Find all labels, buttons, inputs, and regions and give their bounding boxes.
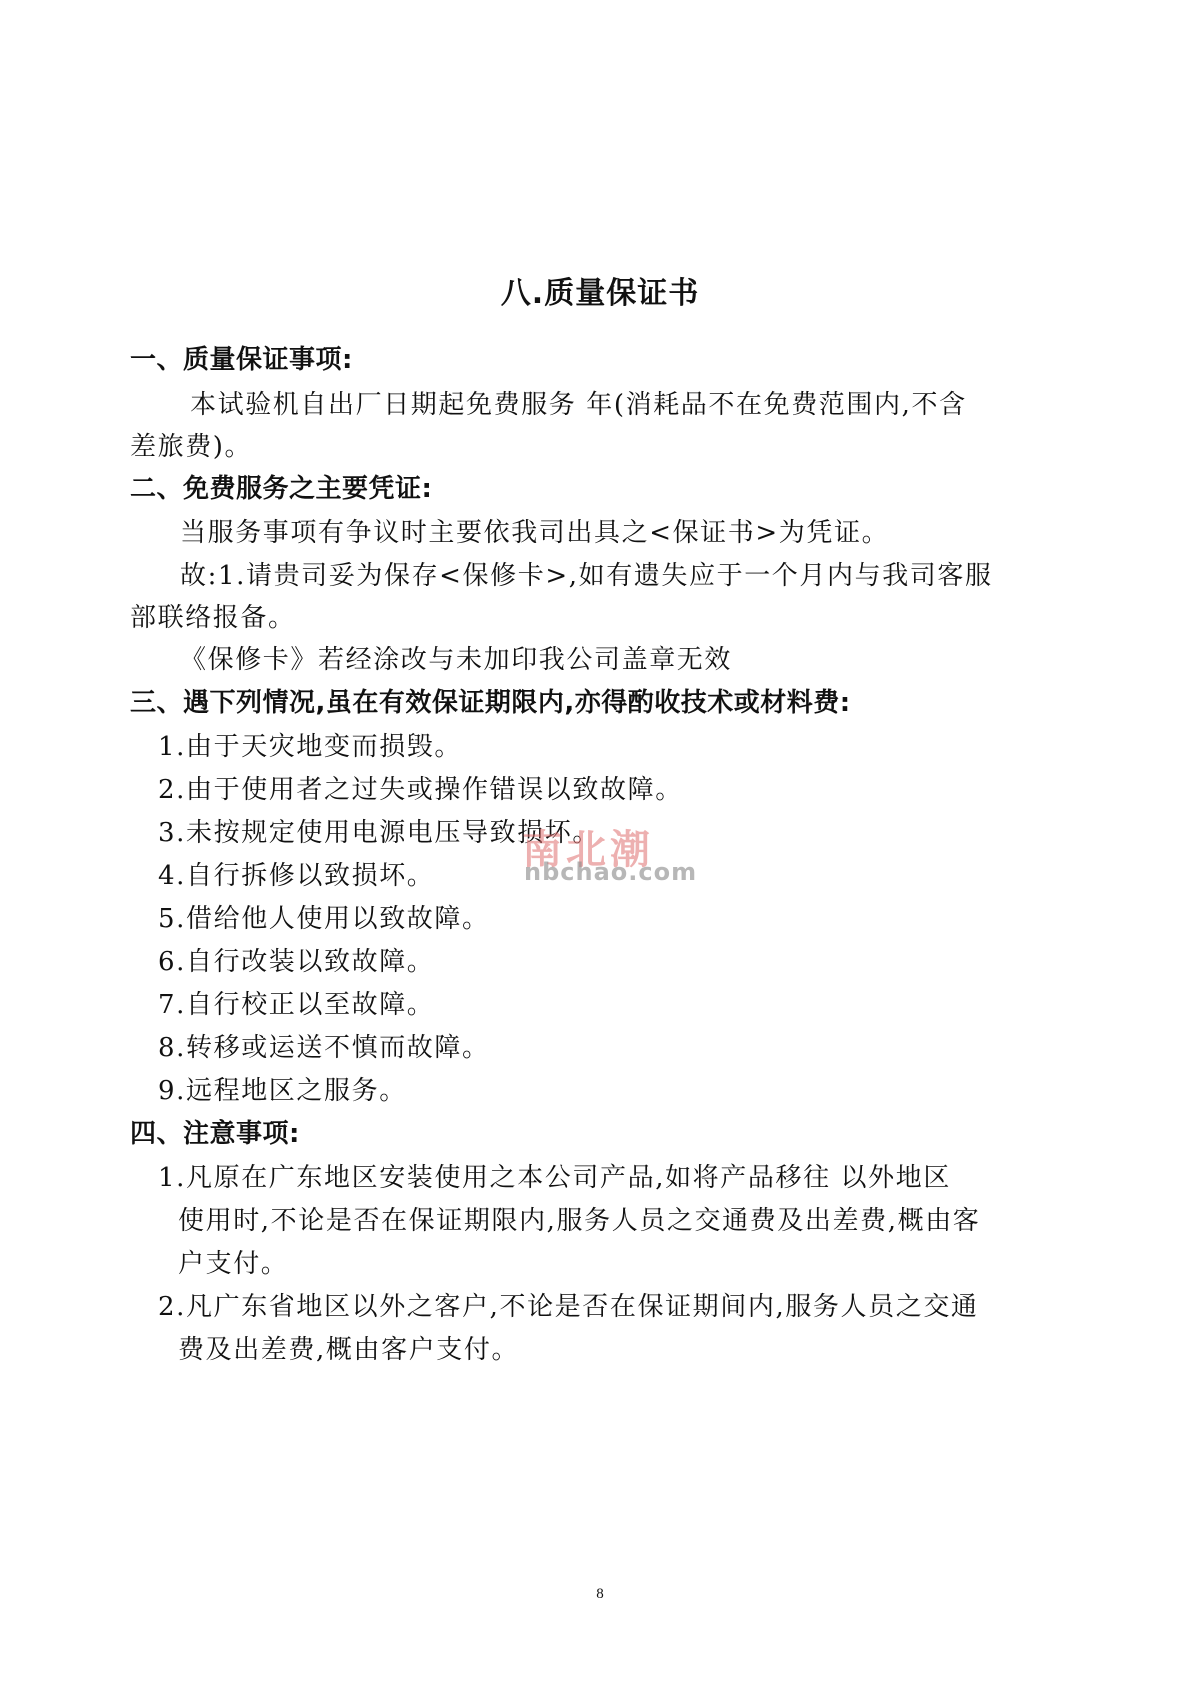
note-item-1: 1.凡原在广东地区安装使用之本公司产品,如将产品移往 以外地区 [158, 1163, 951, 1193]
section-2-line-1: 当服务事项有争议时主要依我司出具之<保证书>为凭证。 [180, 518, 889, 548]
section-1-line-2: 差旅费)。 [130, 432, 252, 462]
section-2-line-3: 部联络报备。 [130, 603, 296, 633]
section-heading-1: 一、质量保证事项: [130, 345, 353, 375]
note-item-1-cont-1: 使用时,不论是否在保证期限内,服务人员之交通费及出差费,概由客 [178, 1206, 980, 1236]
watermark-en: nbchao.com [524, 858, 697, 886]
section-heading-3: 三、遇下列情况,虽在有效保证期限内,亦得酌收技术或材料费: [130, 688, 851, 718]
list-item: 3.未按规定使用电源电压导致损坏。 [158, 818, 600, 848]
section-heading-2: 二、免费服务之主要凭证: [130, 474, 432, 504]
list-item: 5.借给他人使用以致故障。 [158, 904, 490, 934]
note-item-2: 2.凡广东省地区以外之客户,不论是否在保证期间内,服务人员之交通 [158, 1292, 979, 1322]
section-2-line-2: 故:1.请贵司妥为保存<保修卡>,如有遗失应于一个月内与我司客服 [180, 561, 993, 591]
list-item: 7.自行校正以至故障。 [158, 990, 434, 1020]
list-item: 6.自行改装以致故障。 [158, 947, 434, 977]
section-1-line-1: 本试验机自出厂日期起免费服务 年(消耗品不在免费范围内,不含 [190, 390, 967, 420]
list-item: 9.远程地区之服务。 [158, 1076, 407, 1106]
list-item: 1.由于天灾地变而损毁。 [158, 732, 462, 762]
page-title: 八.质量保证书 [0, 268, 1200, 312]
list-item: 8.转移或运送不慎而故障。 [158, 1033, 490, 1063]
note-item-1-cont-2: 户支付。 [178, 1249, 288, 1279]
document-page: 八.质量保证书 一、质量保证事项: 本试验机自出厂日期起免费服务 年(消耗品不在… [0, 0, 1200, 1697]
page-number: 8 [0, 1586, 1200, 1603]
section-2-line-4: 《保修卡》若经涂改与未加印我公司盖章无效 [180, 645, 732, 675]
section-heading-4: 四、注意事项: [130, 1119, 300, 1149]
list-item: 2.由于使用者之过失或操作错误以致故障。 [158, 775, 683, 805]
note-item-2-cont-1: 费及出差费,概由客户支付。 [178, 1335, 519, 1365]
list-item: 4.自行拆修以致损坏。 [158, 861, 434, 891]
